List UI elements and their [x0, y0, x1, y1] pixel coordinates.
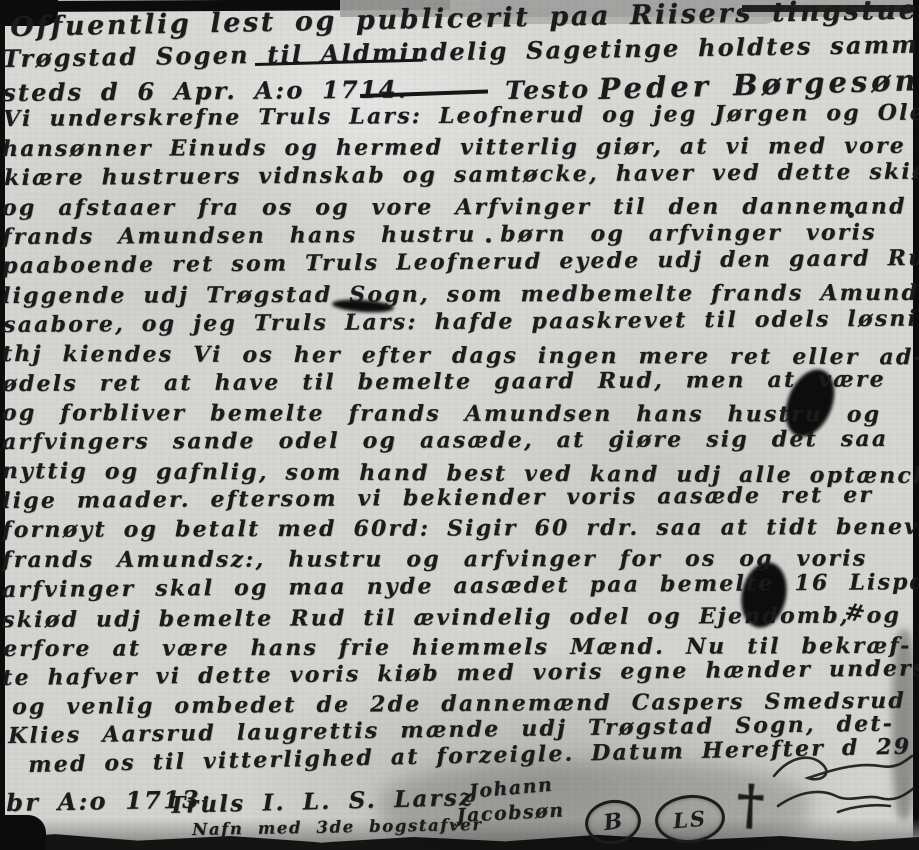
manuscript-line: frands Amundsz:, hustru og arfvinger for…	[2, 545, 867, 573]
manuscript-line: hansønner Einuds og hermed vitterlig giø…	[2, 133, 906, 162]
manuscript-line: lige maader. eftersom vi bekiender voris…	[2, 482, 873, 514]
manuscript-line: liggende udj Trøgstad Sogn, som medbemel…	[2, 280, 919, 309]
manuscript-line: saabore, og jeg Truls Lars: hafde paaskr…	[3, 305, 919, 338]
signature-flourish	[768, 750, 916, 834]
manuscript-line: kiære hustruers vidnskab og samtøcke, ha…	[4, 158, 919, 191]
manuscript-line: skiød udj bemelte Rud til ævindelig odel…	[2, 602, 919, 633]
scan-edge-bottom-corner	[0, 815, 46, 850]
manuscript-scan: Offuentlig lest og publicerit paa Riiser…	[0, 0, 919, 850]
manuscript-line: paaboende ret som Truls Leofnerud eyede …	[2, 244, 919, 279]
cross-mark: †	[735, 772, 767, 837]
testo-label: Testo	[505, 75, 590, 105]
manuscript-line: frands Amundsen hans hustru børn og arfv…	[2, 219, 877, 250]
publication-dateline: steds d 6 Apr. A:o 1714.	[2, 74, 408, 107]
manuscript-line: Vi underskrefne Truls Lars: Leofnerud og…	[3, 100, 919, 132]
manuscript-line: thj kiendes Vi os her efter dags ingen m…	[2, 341, 919, 370]
manuscript-line: arfvingers sande odel og aasæde, at giør…	[2, 426, 888, 455]
manuscript-line: og afstaaer fra os og vore Arfvinger til…	[2, 193, 907, 221]
manuscript-line: ødels ret at have til bemelte gaard Rud,…	[2, 366, 886, 397]
manuscript-line: og forbliver bemelte frands Amundsen han…	[2, 400, 881, 428]
manuscript-line: fornøyt og betalt med 60rd: Sigir 60 rdr…	[2, 514, 919, 543]
